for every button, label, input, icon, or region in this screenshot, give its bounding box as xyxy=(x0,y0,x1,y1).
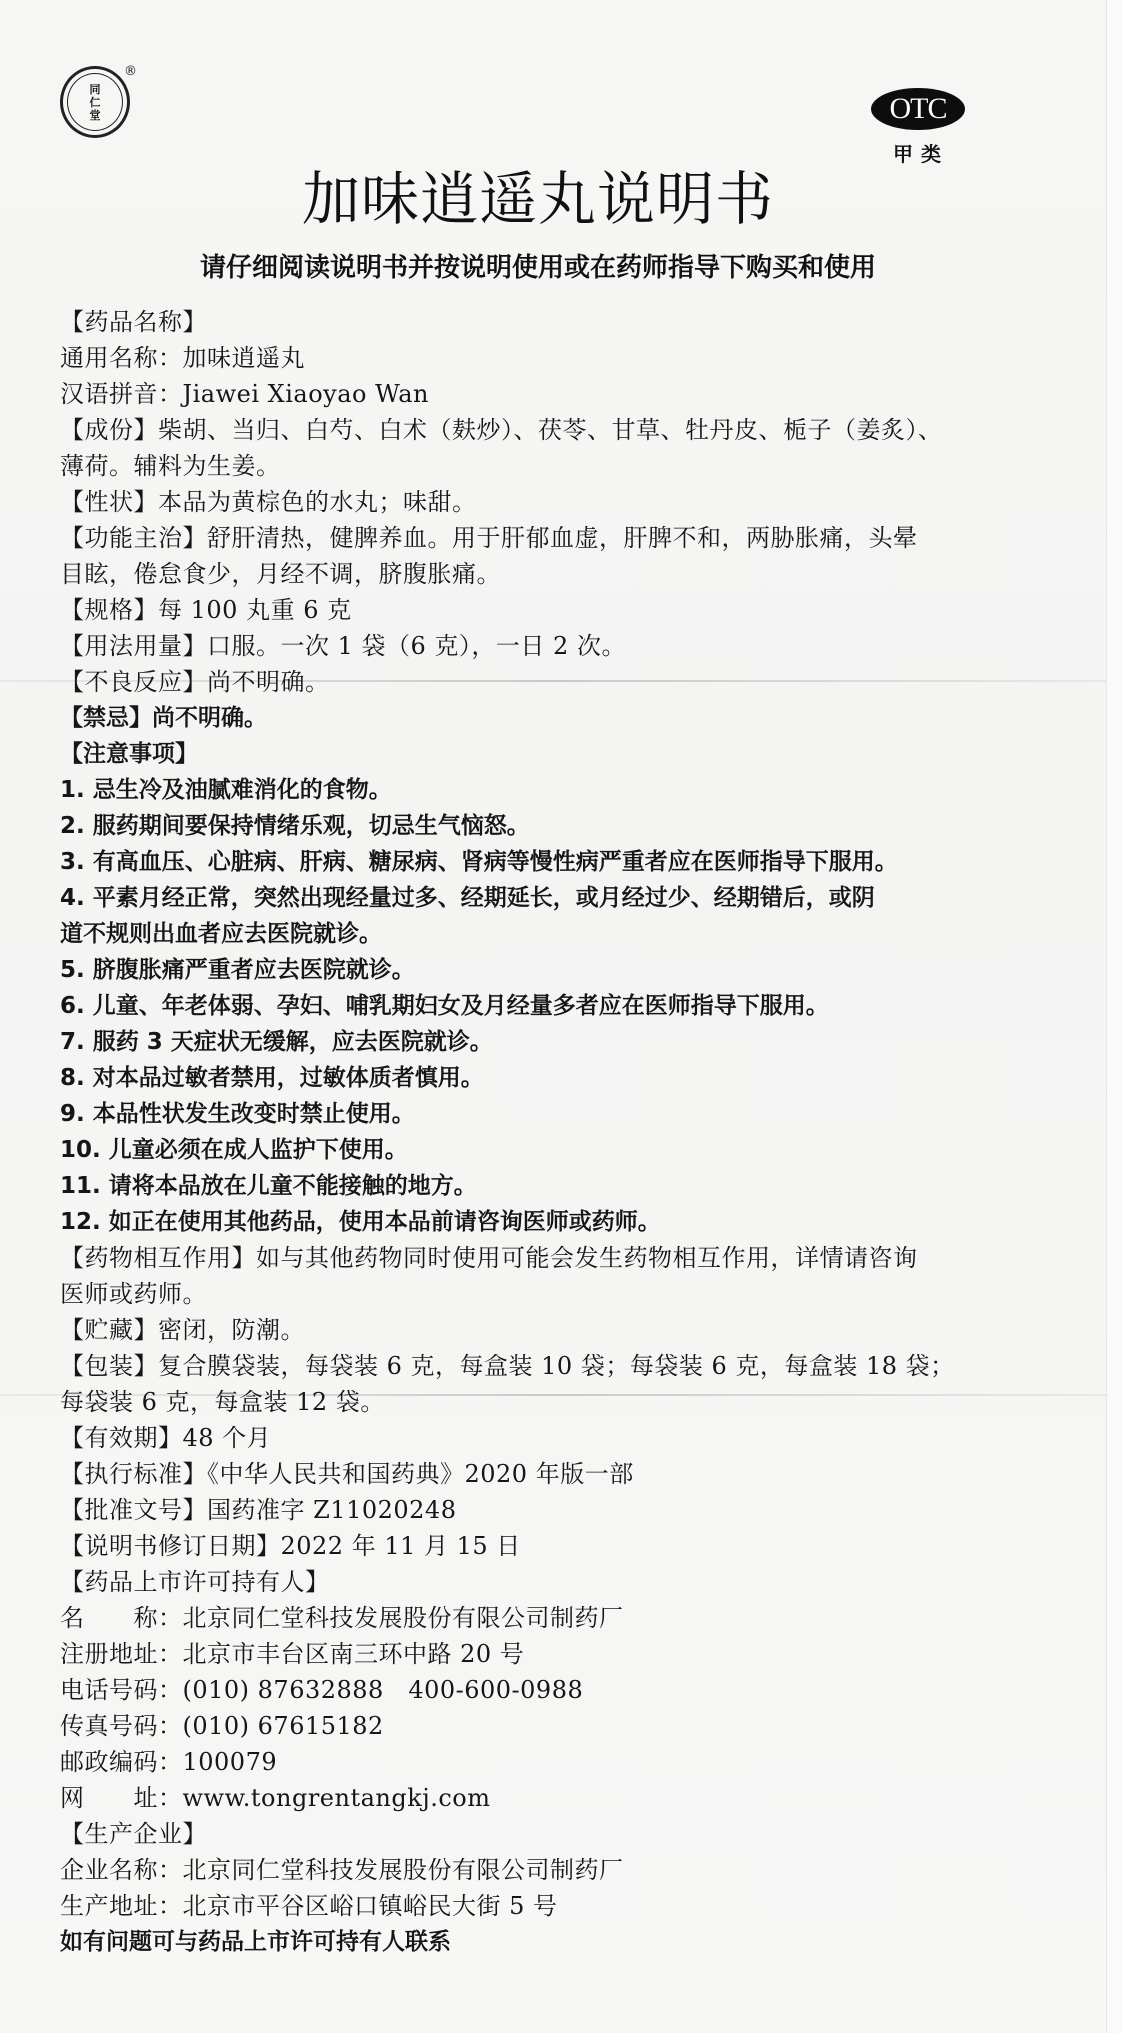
text-line: 【生产企业】 xyxy=(60,1816,1060,1852)
text-line: 10. 儿童必须在成人监护下使用。 xyxy=(60,1132,1060,1168)
text-line: 【贮藏】密闭，防潮。 xyxy=(60,1312,1060,1348)
text-line: 4. 平素月经正常，突然出现经量过多、经期延长，或月经过少、经期错后，或阴 xyxy=(60,880,1060,916)
text-line: 【不良反应】尚不明确。 xyxy=(60,664,1060,700)
text-line: 【功能主治】舒肝清热，健脾养血。用于肝郁血虚，肝脾不和，两胁胀痛，头晕 xyxy=(60,520,1060,556)
text-line: 【药物相互作用】如与其他药物同时使用可能会发生药物相互作用，详情请咨询 xyxy=(60,1240,1060,1276)
text-line: 【执行标准】《中华人民共和国药典》2020 年版一部 xyxy=(60,1456,1060,1492)
text-line: 8. 对本品过敏者禁用，过敏体质者慎用。 xyxy=(60,1060,1060,1096)
text-line: 医师或药师。 xyxy=(60,1276,1060,1312)
text-line: 薄荷。辅料为生姜。 xyxy=(60,448,1060,484)
text-line: 每袋装 6 克，每盒装 12 袋。 xyxy=(60,1384,1060,1420)
registered-trademark-icon: ® xyxy=(124,64,137,79)
text-line: 5. 脐腹胀痛严重者应去医院就诊。 xyxy=(60,952,1060,988)
text-line: 12. 如正在使用其他药品，使用本品前请咨询医师或药师。 xyxy=(60,1204,1060,1240)
text-line: 2. 服药期间要保持情绪乐观，切忌生气恼怒。 xyxy=(60,808,1060,844)
text-line: 11. 请将本品放在儿童不能接触的地方。 xyxy=(60,1168,1060,1204)
otc-badge: OTC xyxy=(871,88,965,130)
logo-char: 仁 xyxy=(90,96,101,109)
text-line: 9. 本品性状发生改变时禁止使用。 xyxy=(60,1096,1060,1132)
text-line: 1. 忌生冷及油腻难消化的食物。 xyxy=(60,772,1060,808)
text-line: 生产地址：北京市平谷区峪口镇峪民大街 5 号 xyxy=(60,1888,1060,1924)
text-line: 邮政编码：100079 xyxy=(60,1744,1060,1780)
text-line: 【有效期】48 个月 xyxy=(60,1420,1060,1456)
text-line: 企业名称：北京同仁堂科技发展股份有限公司制药厂 xyxy=(60,1852,1060,1888)
leaflet-body: 【药品名称】通用名称：加味逍遥丸汉语拼音：Jiawei Xiaoyao Wan【… xyxy=(60,304,1060,1960)
text-line: 注册地址：北京市丰台区南三环中路 20 号 xyxy=(60,1636,1060,1672)
text-line: 道不规则出血者应去医院就诊。 xyxy=(60,916,1060,952)
text-line: 目眩，倦怠食少，月经不调，脐腹胀痛。 xyxy=(60,556,1060,592)
document-title: 加味逍遥丸说明书 xyxy=(0,164,1106,234)
text-line: 【药品上市许可持有人】 xyxy=(60,1564,1060,1600)
document-subtitle: 请仔细阅读说明书并按说明使用或在药师指导下购买和使用 xyxy=(0,250,1106,286)
text-line: 【性状】本品为黄棕色的水丸；味甜。 xyxy=(60,484,1060,520)
text-line: 网 址：www.tongrentangkj.com xyxy=(60,1780,1060,1816)
otc-class-label: 甲类 xyxy=(886,138,956,167)
text-line: 【说明书修订日期】2022 年 11 月 15 日 xyxy=(60,1528,1060,1564)
text-line: 通用名称：加味逍遥丸 xyxy=(60,340,1060,376)
text-line: 【药品名称】 xyxy=(60,304,1060,340)
text-line: 【成份】柴胡、当归、白芍、白术（麸炒）、茯苓、甘草、牡丹皮、栀子（姜炙）、 xyxy=(60,412,1060,448)
text-line: 名 称：北京同仁堂科技发展股份有限公司制药厂 xyxy=(60,1600,1060,1636)
logo-char: 同 xyxy=(90,83,101,96)
logo-char: 堂 xyxy=(90,109,101,122)
text-line: 【用法用量】口服。一次 1 袋（6 克），一日 2 次。 xyxy=(60,628,1060,664)
text-line: 如有问题可与药品上市许可持有人联系 xyxy=(60,1924,1060,1960)
text-line: 电话号码：(010) 87632888 400-600-0988 xyxy=(60,1672,1060,1708)
text-line: 7. 服药 3 天症状无缓解，应去医院就诊。 xyxy=(60,1024,1060,1060)
text-line: 【规格】每 100 丸重 6 克 xyxy=(60,592,1060,628)
text-line: 【注意事项】 xyxy=(60,736,1060,772)
text-line: 传真号码：(010) 67615182 xyxy=(60,1708,1060,1744)
text-line: 3. 有高血压、心脏病、肝病、糖尿病、肾病等慢性病严重者应在医师指导下服用。 xyxy=(60,844,1060,880)
text-line: 【禁忌】尚不明确。 xyxy=(60,700,1060,736)
paper-edge xyxy=(1106,0,1123,2033)
text-line: 6. 儿童、年老体弱、孕妇、哺乳期妇女及月经量多者应在医师指导下服用。 xyxy=(60,988,1060,1024)
text-line: 【包装】复合膜袋装，每袋装 6 克，每盒装 10 袋；每袋装 6 克，每盒装 1… xyxy=(60,1348,1060,1384)
text-line: 汉语拼音：Jiawei Xiaoyao Wan xyxy=(60,376,1060,412)
text-line: 【批准文号】国药准字 Z11020248 xyxy=(60,1492,1060,1528)
tongrentang-logo-icon: 同 仁 堂 xyxy=(60,66,130,138)
logo-seal: 同 仁 堂 xyxy=(67,73,123,131)
